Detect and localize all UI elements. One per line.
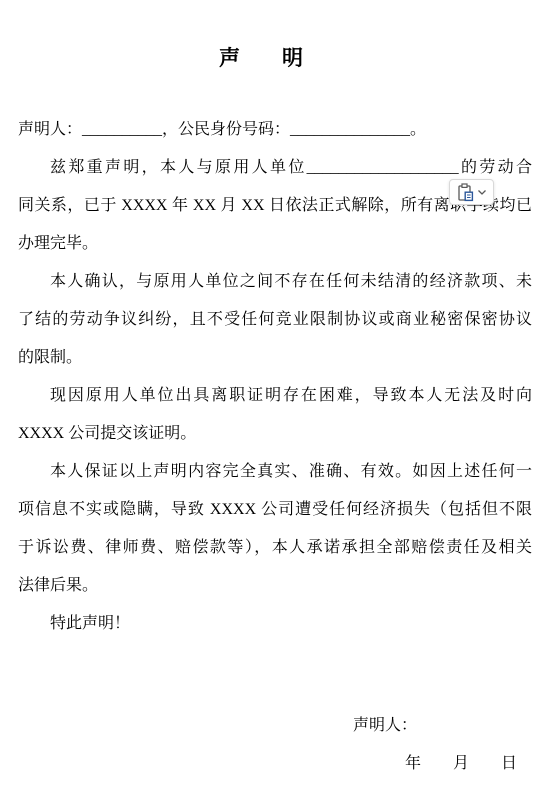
- body-line-declarant-id: 声明人：__________，公民身份号码：_______________。: [18, 111, 532, 149]
- document-title: 声 明: [0, 42, 522, 72]
- body-line-closing: 特此声明！: [18, 605, 532, 643]
- body-line: 本人确认，与原用人单位之间不存在任何未结清的经济款项、未: [18, 263, 532, 301]
- body-line: 现因原用人单位出具离职证明存在困难，导致本人无法及时向: [18, 377, 532, 415]
- body-line: 本人保证以上声明内容完全真实、准确、有效。如因上述任何一: [18, 453, 532, 491]
- body-line: 了结的劳动争议纠纷，且不受任何竞业限制协议或商业秘密保密协议: [18, 301, 532, 339]
- body-line: 办理完毕。: [18, 225, 532, 263]
- document-page: { "document": { "title": "声 明", "lines":…: [0, 0, 552, 789]
- paste-options-button[interactable]: [449, 179, 494, 205]
- chevron-down-icon: [478, 190, 486, 195]
- signature-label: 声明人：: [353, 716, 417, 736]
- body-line: 于诉讼费、律师费、赔偿款等），本人承诺承担全部赔偿责任及相关: [18, 529, 532, 567]
- clipboard-icon: [457, 183, 474, 202]
- body-line: 法律后果。: [18, 567, 532, 605]
- body-line: XXXX 公司提交该证明。: [18, 415, 532, 453]
- body-line: 项信息不实或隐瞒，导致 XXXX 公司遭受任何经济损失（包括但不限: [18, 491, 532, 529]
- body-line: 的限制。: [18, 339, 532, 377]
- date-line: 年 月 日: [405, 754, 517, 774]
